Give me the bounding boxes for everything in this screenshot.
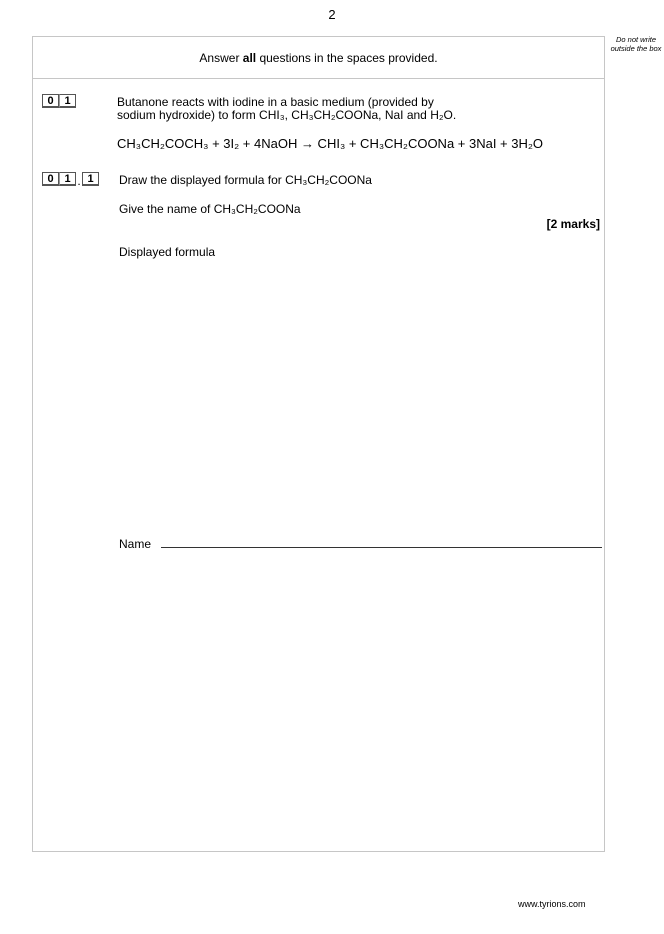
answer-box: Answer all questions in the spaces provi…	[32, 36, 605, 852]
question-intro-line1: Butanone reacts with iodine in a basic m…	[117, 95, 434, 109]
header-post: questions in the spaces provided.	[256, 51, 437, 65]
sub-question-digit: 1	[82, 172, 99, 186]
header-bold: all	[243, 51, 256, 65]
instruction-name: Give the name of CH₃CH₂COONa	[119, 202, 301, 216]
question-intro-line2: sodium hydroxide) to form CHI₃, CH₃CH₂CO…	[117, 108, 456, 122]
page-number: 2	[0, 7, 664, 22]
displayed-formula-label: Displayed formula	[119, 245, 215, 259]
instruction-draw: Draw the displayed formula for CH₃CH₂COO…	[119, 173, 372, 187]
question-digit: 1	[59, 94, 76, 108]
marks-label: [2 marks]	[547, 217, 600, 231]
header-pre: Answer	[199, 51, 242, 65]
reaction-equation: CH₃CH₂COCH₃ + 3I₂ + 4NaOH → CHI₃ + CH₃CH…	[117, 137, 543, 151]
instructions-header: Answer all questions in the spaces provi…	[33, 37, 604, 79]
question-number-01-1: 0 1 . 1	[42, 172, 99, 186]
question-digit: 0	[42, 172, 59, 186]
question-digit: 1	[59, 172, 76, 186]
margin-note: Do not write outside the box	[610, 35, 662, 53]
question-number-01: 0 1	[42, 94, 76, 108]
displayed-formula-answer-area[interactable]	[117, 262, 602, 527]
footer-website: www.tyrions.com	[518, 899, 586, 909]
question-digit: 0	[42, 94, 59, 108]
name-label: Name	[119, 537, 151, 551]
name-answer-line[interactable]	[161, 547, 602, 548]
